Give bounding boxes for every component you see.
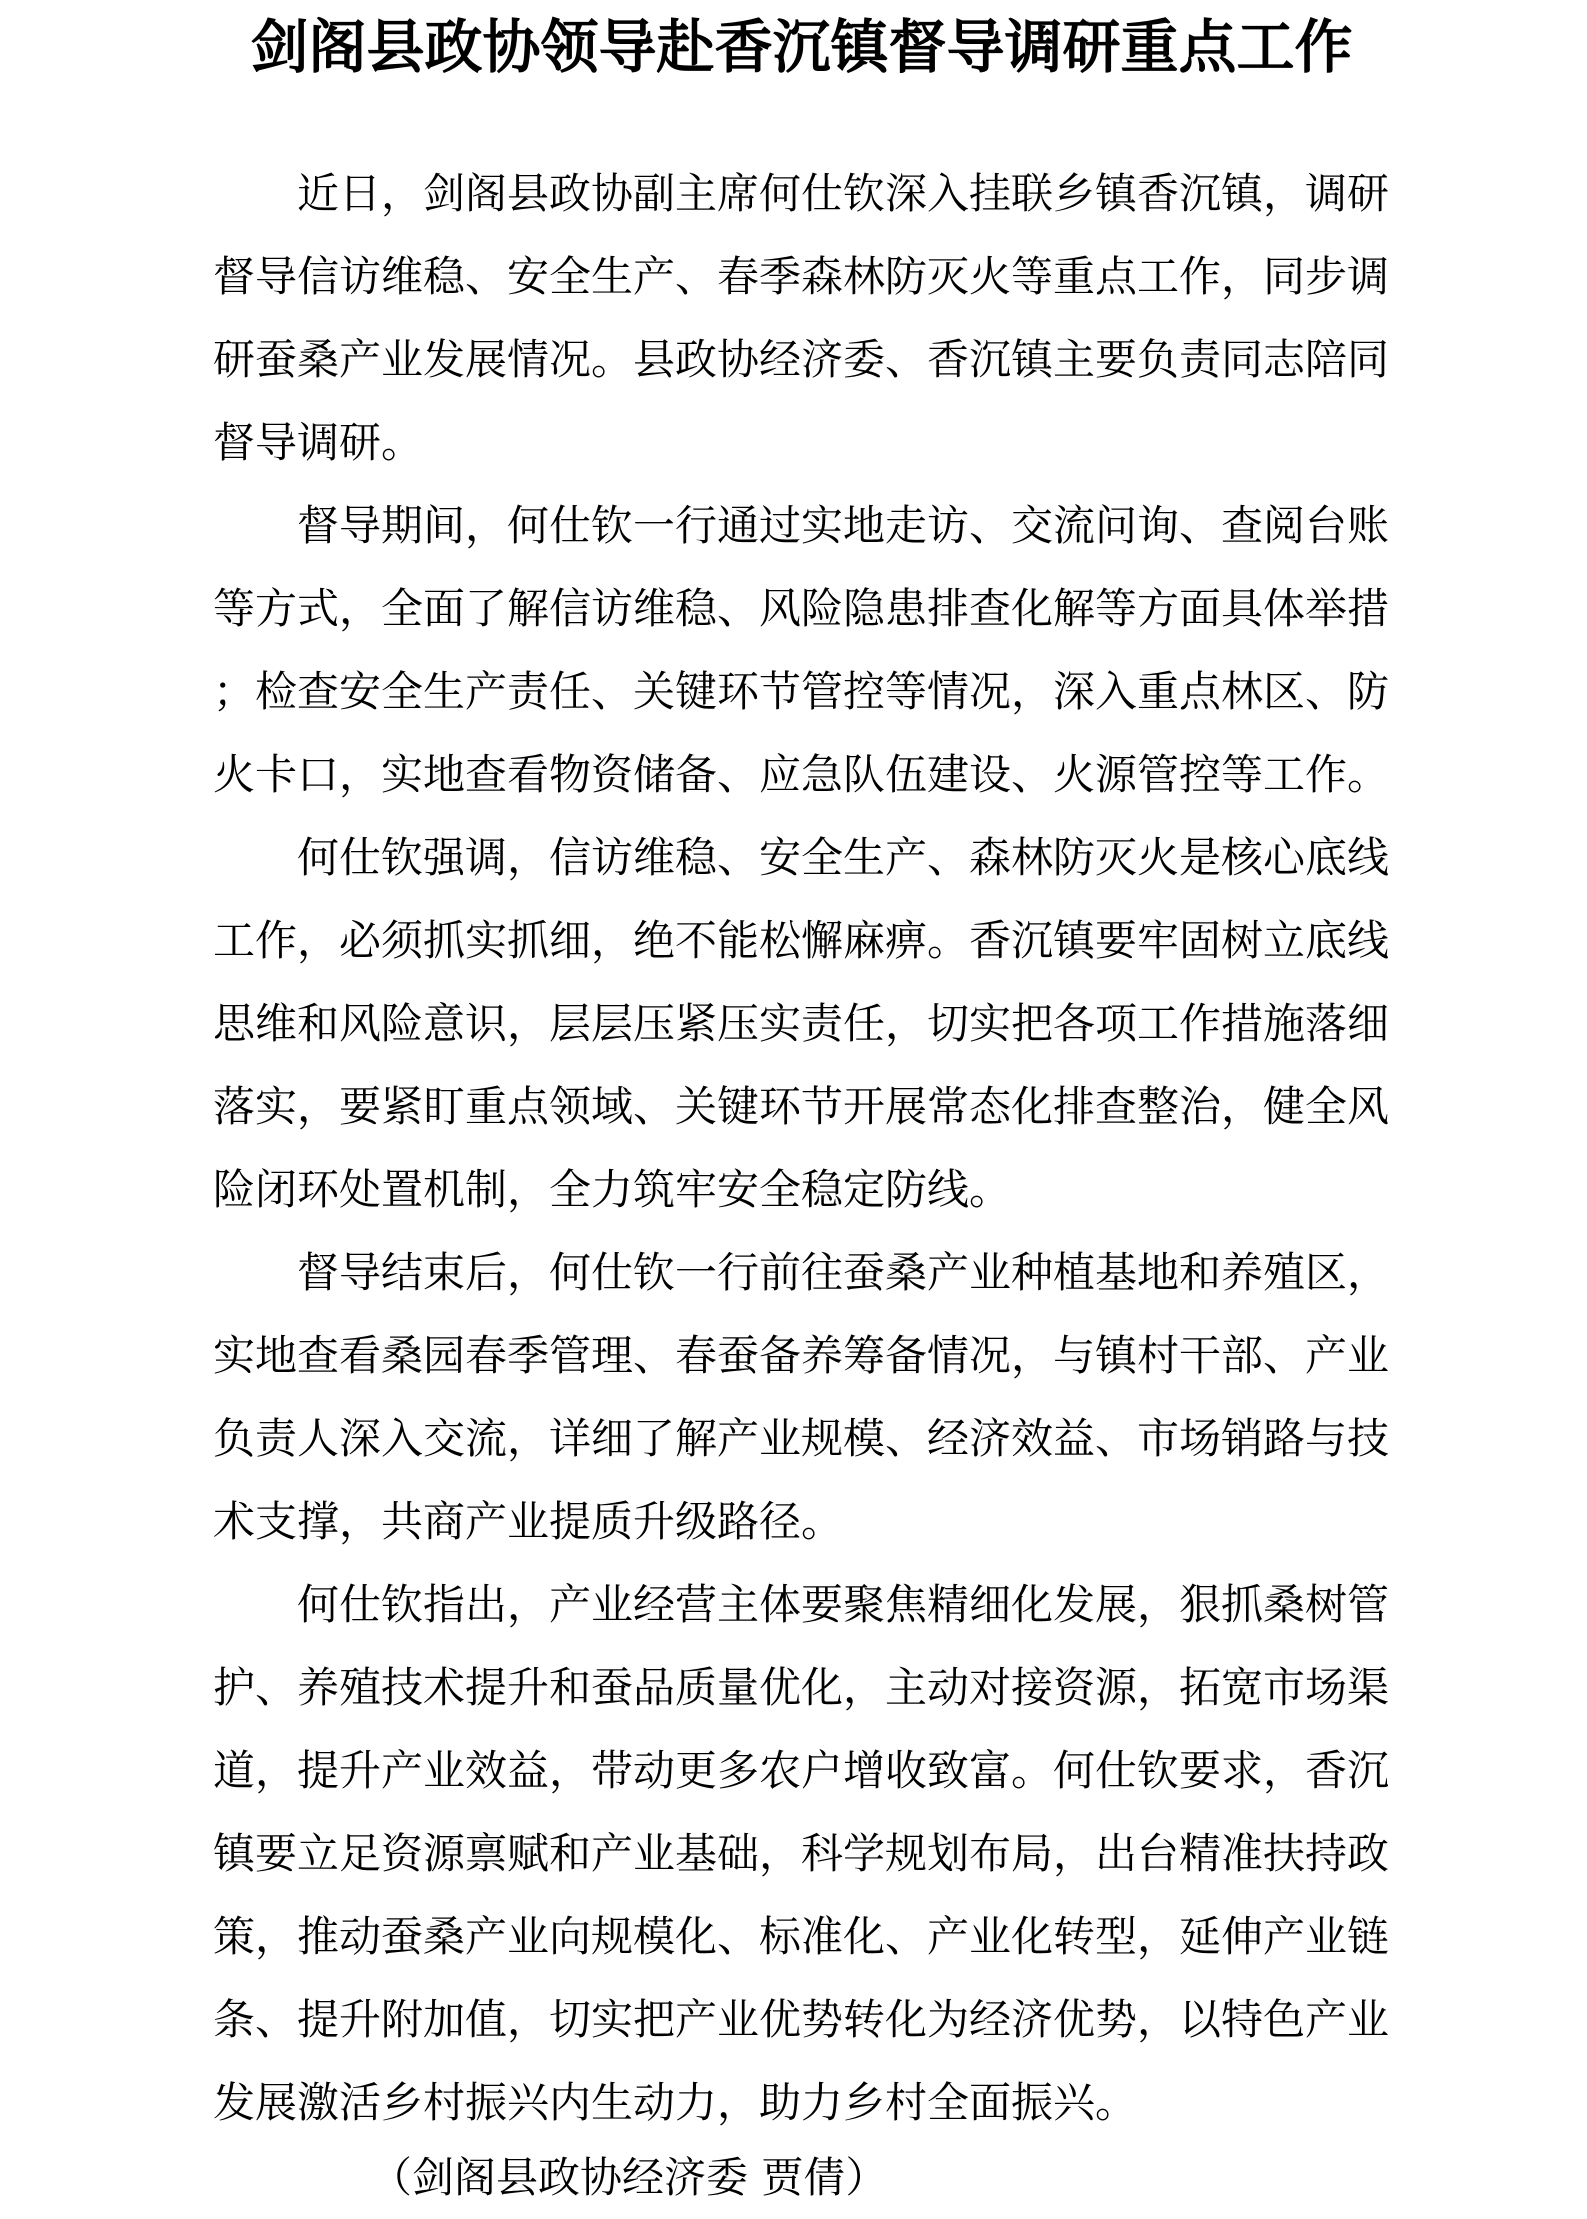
paragraph-1: 近日，剑阁县政协副主席何仕钦深入挂联乡镇香沉镇，调研督导信访维稳、安全生产、春季… xyxy=(213,152,1389,484)
article-body: 近日，剑阁县政协副主席何仕钦深入挂联乡镇香沉镇，调研督导信访维稳、安全生产、春季… xyxy=(213,152,1389,2144)
paragraph-2: 督导期间，何仕钦一行通过实地走访、交流问询、查阅台账等方式，全面了解信访维稳、风… xyxy=(213,484,1389,816)
article-title: 剑阁县政协领导赴香沉镇督导调研重点工作 xyxy=(0,8,1587,86)
author-signature: （剑阁县政协经济委 贾倩） xyxy=(370,2136,887,2219)
paragraph-4: 督导结束后，何仕钦一行前往蚕桑产业种植基地和养殖区，实地查看桑园春季管理、春蚕备… xyxy=(213,1231,1389,1563)
paragraph-3: 何仕钦强调，信访维稳、安全生产、森林防灭火是核心底线工作，必须抓实抓细，绝不能松… xyxy=(213,816,1389,1231)
paragraph-5: 何仕钦指出，产业经营主体要聚焦精细化发展，狠抓桑树管护、养殖技术提升和蚕品质量优… xyxy=(213,1563,1389,2144)
